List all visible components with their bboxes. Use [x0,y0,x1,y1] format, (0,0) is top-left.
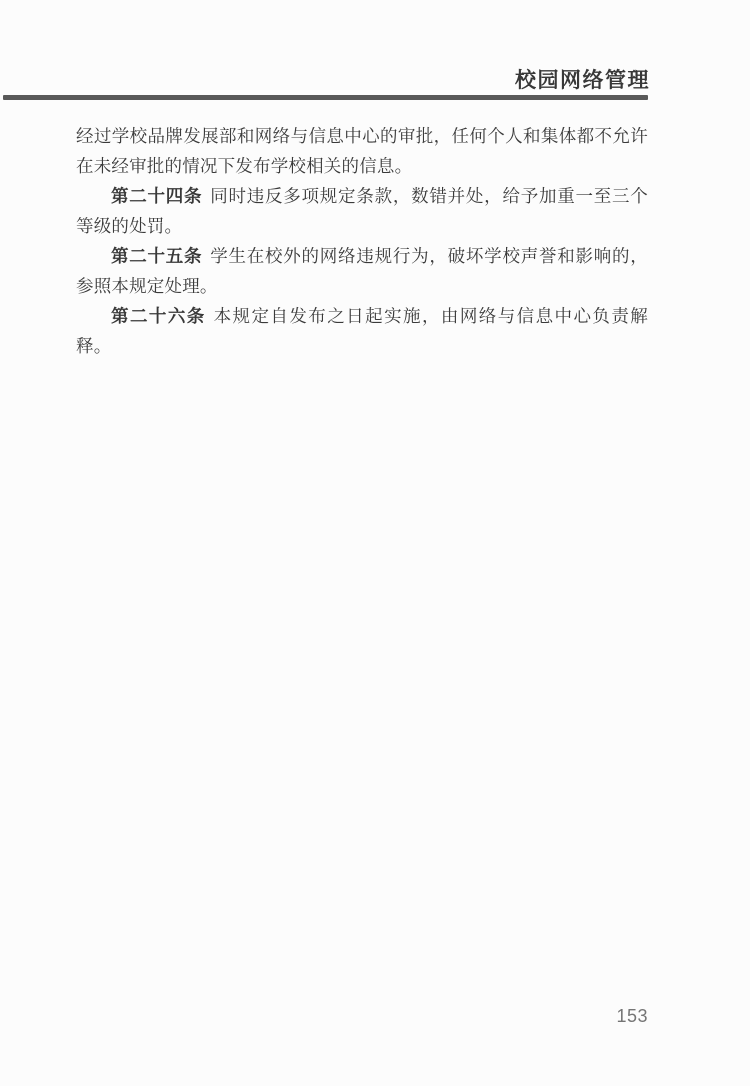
paragraph: 第二十四条同时违反多项规定条款，数错并处，给予加重一至三个等级的处罚。 [76,181,648,241]
paragraph: 经过学校品牌发展部和网络与信息中心的审批，任何个人和集体都不允许在未经审批的情况… [76,121,648,181]
header-rule [3,95,648,100]
article-term: 第二十五条 [111,246,202,266]
page-title: 校园网络管理 [515,64,650,94]
document-body: 经过学校品牌发展部和网络与信息中心的审批，任何个人和集体都不允许在未经审批的情况… [76,121,648,361]
article-term: 第二十六条 [111,306,206,326]
article-term: 第二十四条 [111,186,202,206]
paragraph: 第二十六条本规定自发布之日起实施，由网络与信息中心负责解释。 [76,301,648,361]
paragraph-text: 经过学校品牌发展部和网络与信息中心的审批，任何个人和集体都不允许在未经审批的情况… [76,126,648,176]
document-page: 校园网络管理 经过学校品牌发展部和网络与信息中心的审批，任何个人和集体都不允许在… [0,0,750,1086]
page-number: 153 [616,1006,648,1027]
paragraph: 第二十五条学生在校外的网络违规行为，破坏学校声誉和影响的，参照本规定处理。 [76,241,648,301]
